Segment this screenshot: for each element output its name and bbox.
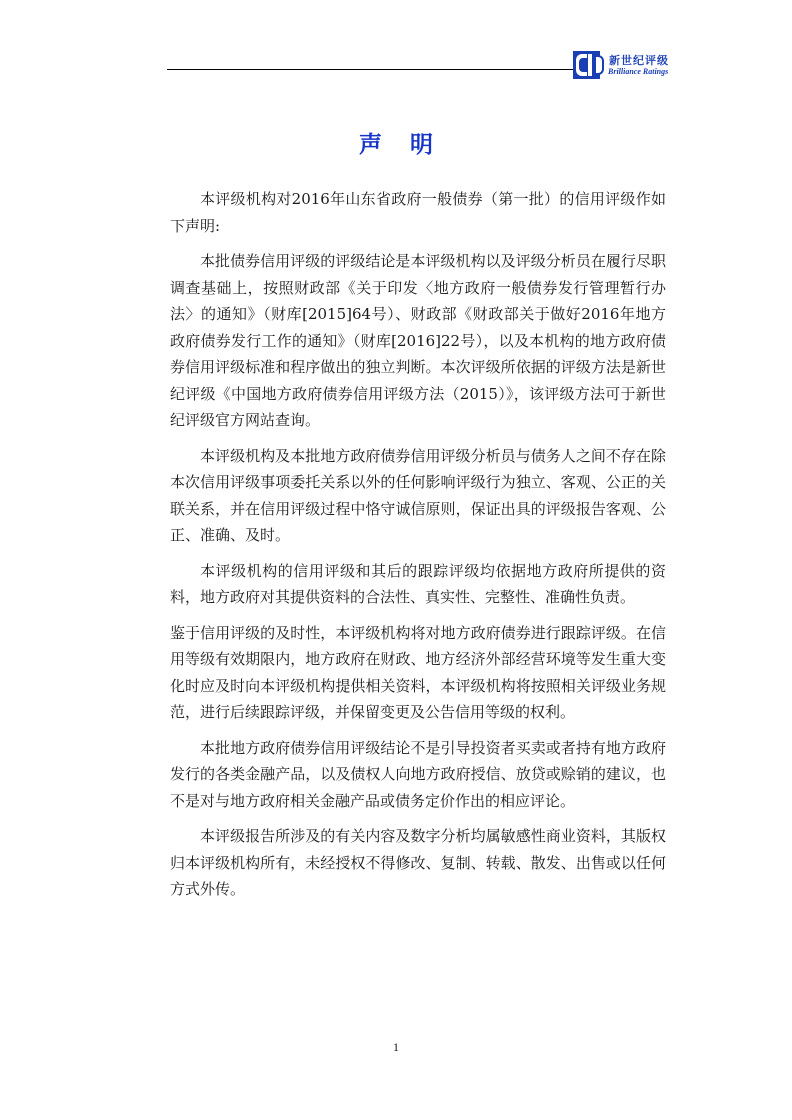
- paragraph-intro: 本评级机构对2016年山东省政府一般债券（第一批）的信用评级作如下声明:: [170, 186, 666, 239]
- page-title: 声 明: [0, 126, 792, 159]
- paragraph-independence: 本评级机构及本批地方政府债券信用评级分析员与债务人之间不存在除本次信用评级事项委…: [170, 443, 666, 549]
- paragraph-not-advice: 本批地方政府债券信用评级结论不是引导投资者买卖或者持有地方政府发行的各类金融产品…: [170, 735, 666, 815]
- paragraph-rating-basis: 本批债券信用评级的评级结论是本评级机构以及评级分析员在履行尽职调查基础上，按照财…: [170, 248, 666, 434]
- page-number: 1: [0, 1040, 792, 1055]
- header-rule: [167, 69, 575, 70]
- sb-logo-icon: [573, 51, 600, 79]
- company-logo: 新世纪评级 Brilliance Ratings: [573, 51, 683, 81]
- paragraph-copyright: 本评级报告所涉及的有关内容及数字分析均属敏感性商业资料，其版权归本评级机构所有，…: [170, 823, 666, 903]
- paragraph-data-source: 本评级机构的信用评级和其后的跟踪评级均依据地方政府所提供的资料，地方政府对其提供…: [170, 558, 666, 611]
- logo-name-chinese: 新世纪评级: [609, 52, 669, 68]
- paragraph-tracking-rating: 鉴于信用评级的及时性，本评级机构将对地方政府债券进行跟踪评级。在信用等级有效期限…: [170, 620, 666, 726]
- statement-body: 本评级机构对2016年山东省政府一般债券（第一批）的信用评级作如下声明: 本批债…: [170, 186, 666, 912]
- logo-name-english: Brilliance Ratings: [608, 67, 668, 76]
